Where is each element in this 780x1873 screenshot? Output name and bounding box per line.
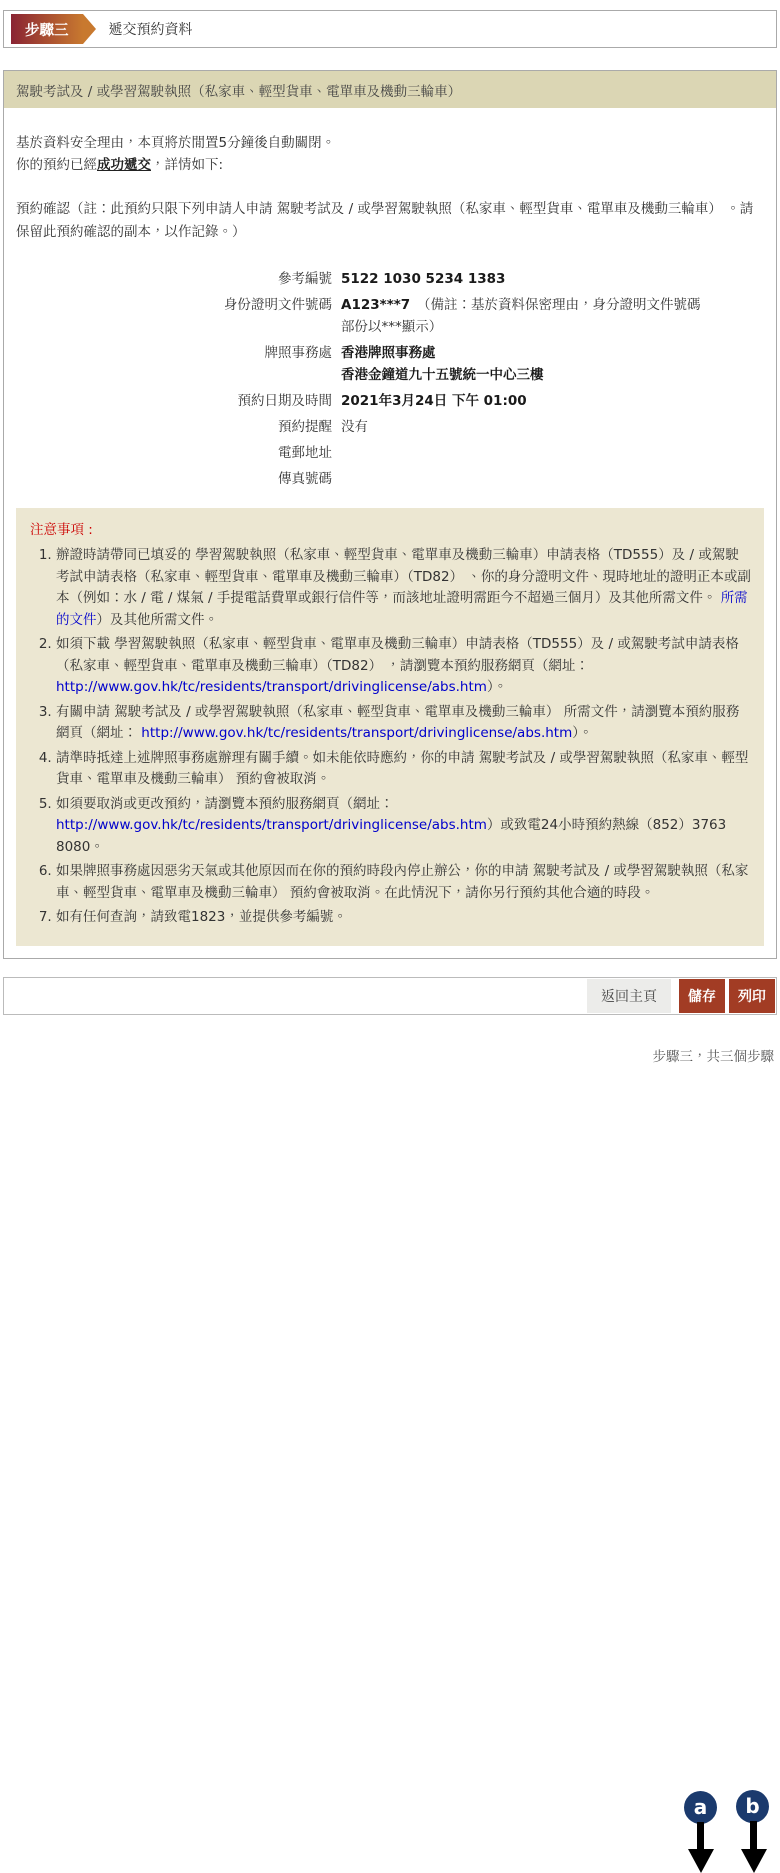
office-address: 香港金鐘道九十五號統一中心三樓 [341,364,703,386]
important-notes-panel: 注意事項 : 辦證時請帶同已填妥的 學習駕駛執照（私家車、輕型貨車、電單車及機動… [16,508,764,946]
save-button[interactable]: 儲存 [679,979,725,1013]
reminder-value: 没有 [341,416,703,438]
detail-row-reference: 參考編號 5122 1030 5234 1383 [14,266,766,292]
status-suffix: ，詳情如下: [151,157,223,173]
detail-row-datetime: 預約日期及時間 2021年3月24日 下午 01:00 [14,388,766,414]
note-item: 如果牌照事務處因惡劣天氣或其他原因而在你的預約時段內停止辦公，你的申請 駕駛考試… [56,861,752,904]
action-bar: 返回主頁 儲存 列印 [3,977,777,1015]
content-area: 基於資料安全理由，本頁將於閒置5分鐘後自動關閉。 你的預約已經成功遞交，詳情如下… [4,132,776,946]
annotation-a-arrow-stem [697,1822,704,1851]
reference-value: 5122 1030 5234 1383 [341,268,703,290]
notes-list: 辦證時請帶同已填妥的 學習駕駛執照（私家車、輕型貨車、電單車及機動三輪車）申請表… [32,545,752,929]
note-item: 請準時抵達上述牌照事務處辦理有關手續。如未能依時應約，你的申請 駕駛考試及 / … [56,748,752,791]
id-number-label: 身份證明文件號碼 [14,294,332,338]
annotation-a-arrow-head [688,1849,714,1873]
detail-row-email: 電郵地址 [14,440,766,466]
detail-row-licensing-office: 牌照事務處 香港牌照事務處 香港金鐘道九十五號統一中心三樓 [14,340,766,388]
section-title: 駕駛考試及 / 或學習駕駛執照（私家車、輕型貨車、電單車及機動三輪車） [16,80,461,100]
inline-link[interactable]: http://www.gov.hk/tc/residents/transport… [56,679,487,695]
submission-status-line: 你的預約已經成功遞交，詳情如下: [16,154,764,176]
print-button[interactable]: 列印 [729,979,775,1013]
status-success-text: 成功遞交 [97,157,151,173]
annotation-b-arrow-stem [750,1821,757,1851]
inline-link[interactable]: http://www.gov.hk/tc/residents/transport… [141,725,572,741]
office-name: 香港牌照事務處 [341,342,703,364]
confirmation-note: 預約確認（註：此預約只限下列申請人申請 駕駛考試及 / 或學習駕駛執照（私家車、… [16,198,764,244]
fax-value [341,468,703,490]
step-badge-label: 步驟三 [25,19,69,40]
step-header: 步驟三 遞交預約資料 [3,10,777,48]
note-item: 辦證時請帶同已填妥的 學習駕駛執照（私家車、輕型貨車、電單車及機動三輪車）申請表… [56,545,752,631]
reminder-label: 預約提醒 [14,416,332,438]
step-badge: 步驟三 [11,14,83,44]
inline-link[interactable]: http://www.gov.hk/tc/residents/transport… [56,817,487,833]
id-number-masked: A123***7 [341,297,410,313]
email-label: 電郵地址 [14,442,332,464]
main-panel: 駕駛考試及 / 或學習駕駛執照（私家車、輕型貨車、電單車及機動三輪車） 基於資料… [3,70,777,959]
licensing-office-label: 牌照事務處 [14,342,332,386]
note-item: 有關申請 駕駛考試及 / 或學習駕駛執照（私家車、輕型貨車、電單車及機動三輪車）… [56,702,752,745]
licensing-office-value: 香港牌照事務處 香港金鐘道九十五號統一中心三樓 [341,342,703,386]
annotation-b-badge: b [736,1790,769,1823]
reference-label: 參考編號 [14,268,332,290]
booking-details: 參考編號 5122 1030 5234 1383 身份證明文件號碼 A123**… [14,266,766,492]
note-item: 如須要取消或更改預約，請瀏覽本預約服務網頁（網址： http://www.gov… [56,794,752,859]
inline-link[interactable]: 所需的文件 [56,590,748,628]
note-item: 如須下載 學習駕駛執照（私家車、輕型貨車、電單車及機動三輪車）申請表格（TD55… [56,634,752,699]
detail-row-id-number: 身份證明文件號碼 A123***7 （備註：基於資料保密理由，身分證明文件號碼部… [14,292,766,340]
email-value [341,442,703,464]
step-progress-text: 步驟三，共三個步驟 [0,1045,774,1065]
important-notes-heading: 注意事項 : [30,520,752,541]
step-title: 遞交預約資料 [109,19,193,39]
status-prefix: 你的預約已經 [16,157,97,173]
note-item: 如有任何查詢，請致電1823，並提供參考編號。 [56,907,752,929]
annotation-a-badge: a [684,1791,717,1824]
section-title-bar: 駕駛考試及 / 或學習駕駛執照（私家車、輕型貨車、電單車及機動三輪車） [4,71,776,108]
fax-label: 傳真號碼 [14,468,332,490]
datetime-label: 預約日期及時間 [14,390,332,412]
datetime-value: 2021年3月24日 下午 01:00 [341,390,703,412]
auto-close-notice: 基於資料安全理由，本頁將於閒置5分鐘後自動關閉。 [16,132,764,154]
detail-row-reminder: 預約提醒 没有 [14,414,766,440]
annotation-b-arrow-head [741,1849,767,1873]
detail-row-fax: 傳真號碼 [14,466,766,492]
id-number-value: A123***7 （備註：基於資料保密理由，身分證明文件號碼部份以***顯示） [341,294,703,338]
back-to-home-button[interactable]: 返回主頁 [587,979,671,1013]
